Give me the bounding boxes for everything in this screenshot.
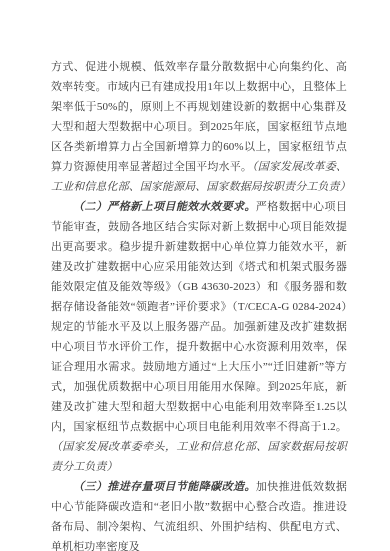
text-run-heading: （三）推进存量项目节能降碳改造。 (73, 481, 256, 493)
text-run-body: 方式、促进小规模、低效率存量分散数据中心向集约化、高效率转变。市域内已有建成投用… (51, 61, 347, 173)
para-section-3-retrofit: （三）推进存量项目节能降碳改造。加快推进低效数据中心节能降碳改造和“老旧小散”数… (51, 477, 347, 551)
document-page: 方式、促进小规模、低效率存量分散数据中心向集约化、高效率转变。市域内已有建成投用… (0, 0, 390, 551)
text-run-attribution: （国家发展改革委牵头，工业和信息化部、国家数据局按职责分工负责） (51, 441, 347, 473)
text-run-body: 严格数据中心项目节能审查，鼓励各地区结合实际对新上数据中心项目能效提出更高要求。… (51, 201, 347, 433)
text-run-heading: （二）严格新上项目能效水效要求。 (73, 201, 256, 213)
para-section-2-energy-water-efficiency: （二）严格新上项目能效水效要求。严格数据中心项目节能审查，鼓励各地区结合实际对新… (51, 197, 347, 477)
document-text-block: 方式、促进小规模、低效率存量分散数据中心向集约化、高效率转变。市域内已有建成投用… (51, 57, 347, 551)
para-layout-optimization-continuation: 方式、促进小规模、低效率存量分散数据中心向集约化、高效率转变。市域内已有建成投用… (51, 57, 347, 197)
